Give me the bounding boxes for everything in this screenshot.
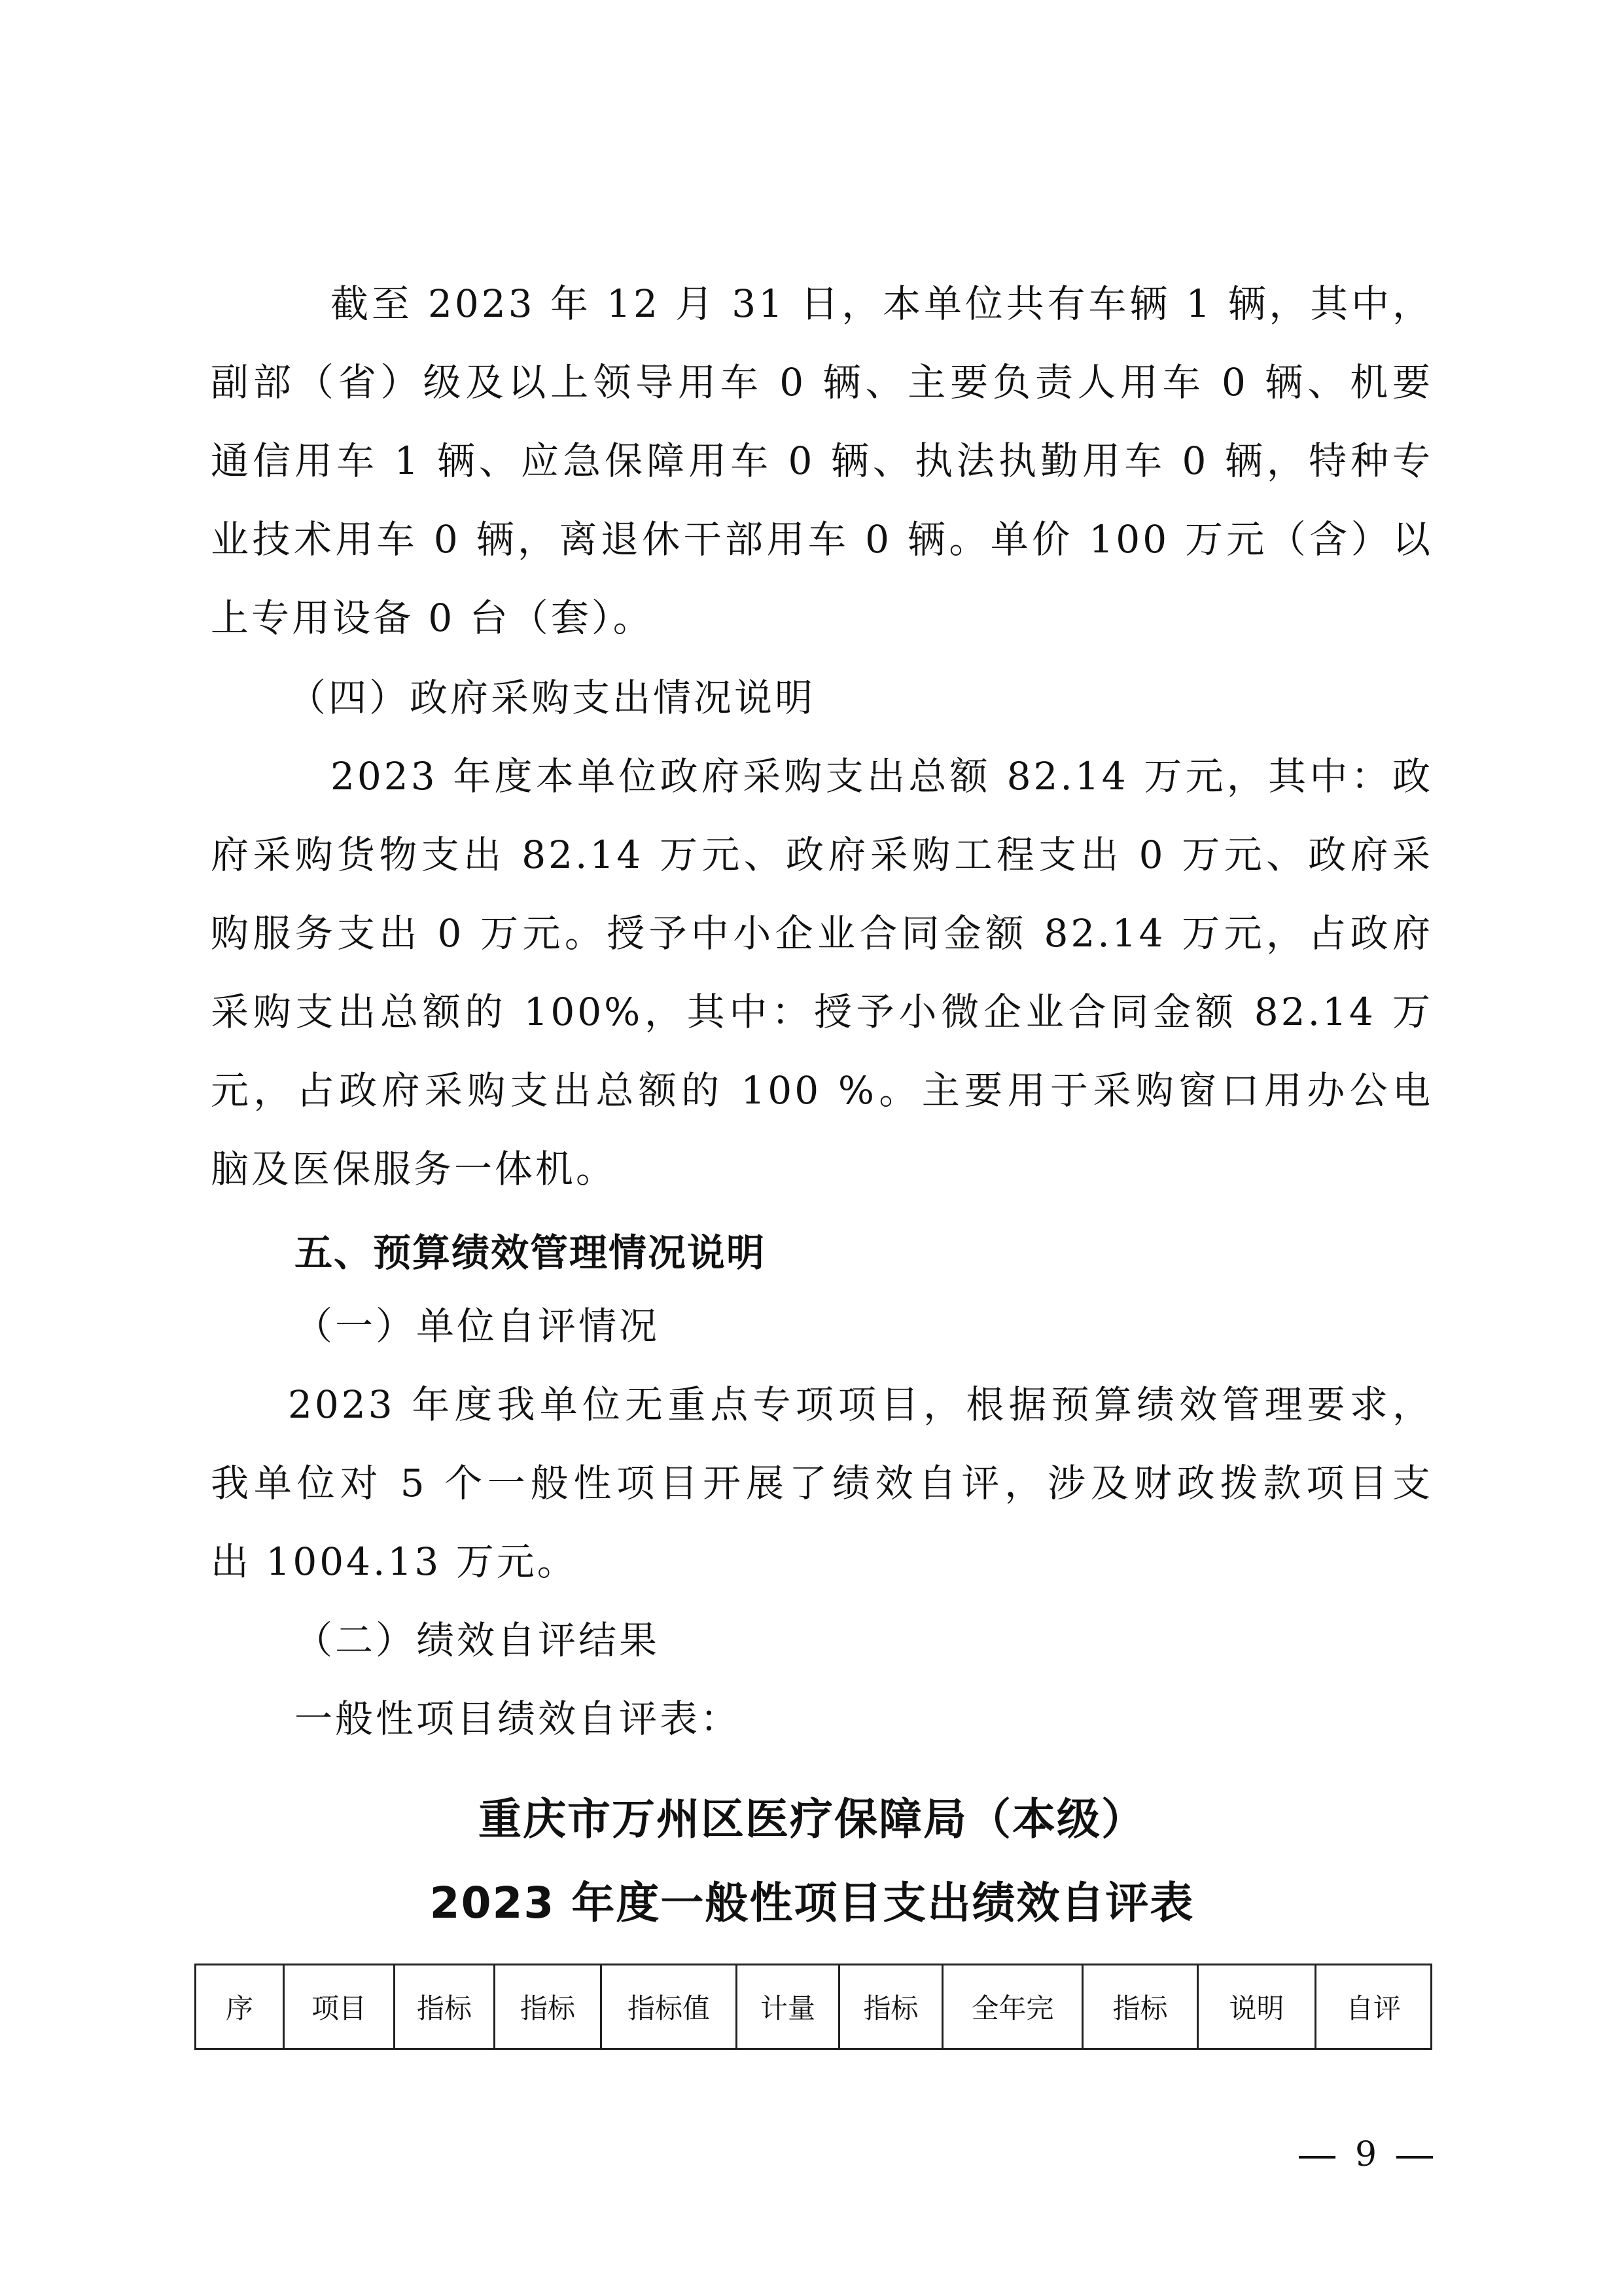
paragraph-line: 脑及医保服务一体机。 xyxy=(211,1145,1433,1193)
paragraph-line: 截至 2023 年 12 月 31 日，本单位共有车辆 1 辆，其中， xyxy=(330,280,1433,327)
header-cell-indicator-3: 指标 xyxy=(839,1965,943,2049)
header-cell-indicator-1: 指标 xyxy=(395,1965,495,2049)
paragraph-line: 2023 年度我单位无重点专项项目，根据预算绩效管理要求， xyxy=(288,1381,1433,1428)
paragraph-line: 购服务支出 0 万元。授予中小企业合同金额 82.14 万元，占政府 xyxy=(211,910,1433,957)
header-cell-self-eval: 自评 xyxy=(1316,1965,1432,2049)
table-header-row: 序 项目 指标 指标 指标值 计量 指标 全年完 指标 说明 自评 xyxy=(196,1965,1432,2049)
dash-right xyxy=(1396,2156,1433,2159)
self-eval-heading: （一）单位自评情况 xyxy=(294,1302,660,1350)
page-number-value: 9 xyxy=(1355,2135,1377,2174)
header-cell-indicator-value: 指标值 xyxy=(601,1965,737,2049)
header-cell-indicator-2: 指标 xyxy=(495,1965,601,2049)
header-cell-indicator-4: 指标 xyxy=(1083,1965,1198,2049)
table-intro: 一般性项目绩效自评表： xyxy=(294,1695,741,1742)
procurement-heading: （四）政府采购支出情况说明 xyxy=(288,674,815,721)
results-heading: （二）绩效自评结果 xyxy=(294,1617,660,1664)
paragraph-line: 副部（省）级及以上领导用车 0 辆、主要负责人用车 0 辆、机要 xyxy=(211,359,1433,406)
table-title-line1: 重庆市万州区医疗保障局（本级） xyxy=(0,1793,1624,1846)
paragraph-line: 采购支出总额的 100%，其中：授予小微企业合同金额 82.14 万 xyxy=(211,988,1433,1035)
paragraph-line: 上专用设备 0 台（套）。 xyxy=(211,594,1433,641)
header-cell-project: 项目 xyxy=(284,1965,395,2049)
paragraph-line: 元，占政府采购支出总额的 100 %。主要用于采购窗口用办公电 xyxy=(211,1067,1433,1114)
document-page: 截至 2023 年 12 月 31 日，本单位共有车辆 1 辆，其中， 副部（省… xyxy=(0,0,1624,2296)
page-number: 9 xyxy=(1279,2135,1453,2174)
dash-left xyxy=(1299,2156,1335,2159)
header-cell-annual-completion: 全年完 xyxy=(943,1965,1083,2049)
paragraph-line: 出 1004.13 万元。 xyxy=(211,1538,1433,1585)
performance-table: 序 项目 指标 指标 指标值 计量 指标 全年完 指标 说明 自评 xyxy=(194,1964,1432,2050)
header-cell-unit: 计量 xyxy=(737,1965,839,2049)
paragraph-line: 2023 年度本单位政府采购支出总额 82.14 万元，其中：政 xyxy=(330,753,1433,800)
section-heading: 五、预算绩效管理情况说明 xyxy=(294,1229,766,1276)
paragraph-line: 通信用车 1 辆、应急保障用车 0 辆、执法执勤用车 0 辆，特种专 xyxy=(211,437,1433,484)
paragraph-line: 业技术用车 0 辆，离退休干部用车 0 辆。单价 100 万元（含）以 xyxy=(211,516,1433,563)
paragraph-line: 我单位对 5 个一般性项目开展了绩效自评，涉及财政拨款项目支 xyxy=(211,1460,1433,1507)
header-cell-index: 序 xyxy=(196,1965,284,2049)
header-cell-description: 说明 xyxy=(1198,1965,1316,2049)
table-title-line2: 2023 年度一般性项目支出绩效自评表 xyxy=(0,1877,1624,1929)
paragraph-line: 府采购货物支出 82.14 万元、政府采购工程支出 0 万元、政府采 xyxy=(211,831,1433,878)
